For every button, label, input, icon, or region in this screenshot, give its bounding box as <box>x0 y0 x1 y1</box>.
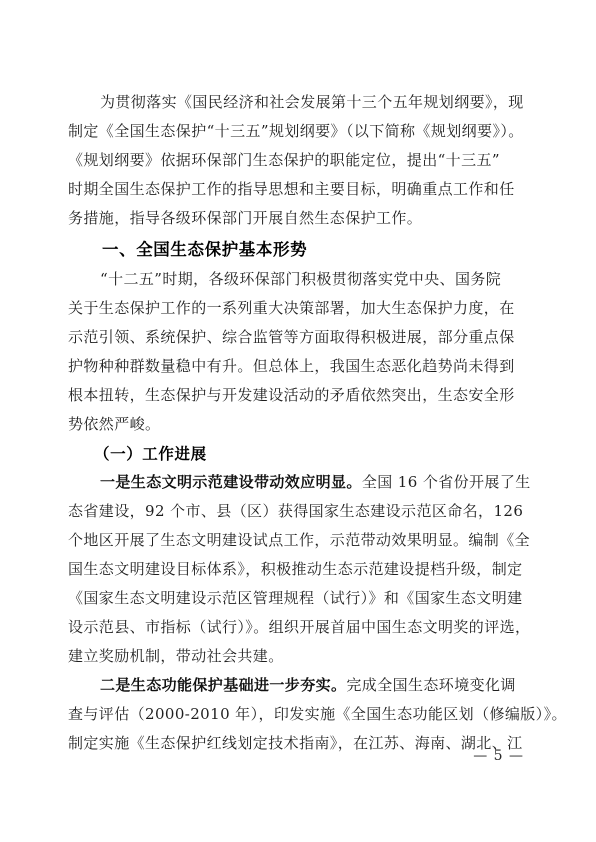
bold-lead-text: 一是生态文明示范建设带动效应明显。 <box>100 473 362 491</box>
lead-rest-text: 全国 16 个省份开展了生 <box>362 473 531 491</box>
text-line: 势依然严峻。 <box>68 410 526 439</box>
paragraph-intro: 为贯彻落实《国民经济和社会发展第十三个五年规划纲要》，现 制定《全国生态保护“十… <box>68 88 526 233</box>
document-body: 为贯彻落实《国民经济和社会发展第十三个五年规划纲要》，现 制定《全国生态保护“十… <box>68 88 526 758</box>
text-line: 态省建设，92 个市、县（区）获得国家生态建设示范区命名，126 <box>68 497 526 526</box>
text-line: 一是生态文明示范建设带动效应明显。全国 16 个省份开展了生 <box>68 468 526 497</box>
paragraph-point-2: 二是生态功能保护基础进一步夯实。完成全国生态环境变化调 查与评估（2000-20… <box>68 671 526 758</box>
text-line: 示范引领、系统保护、综合监管等方面取得积极进展，部分重点保 <box>68 323 526 352</box>
text-line: 时期全国生态保护工作的指导思想和主要目标，明确重点工作和任 <box>68 175 526 204</box>
page-number: — 5 — <box>473 746 524 766</box>
text-line: 制定实施《生态保护红线划定技术指南》，在江苏、海南、湖北、江 <box>68 729 526 758</box>
text-line: 查与评估（2000-2010 年），印发实施《全国生态功能区划（修编版）》。 <box>68 700 526 729</box>
text-line: 二是生态功能保护基础进一步夯实。完成全国生态环境变化调 <box>68 671 526 700</box>
paragraph-point-1: 一是生态文明示范建设带动效应明显。全国 16 个省份开展了生 态省建设，92 个… <box>68 468 526 671</box>
lead-rest-text: 完成全国生态环境变化调 <box>346 676 515 694</box>
text-line: “十二五”时期，各级环保部门积极贯彻落实党中央、国务院 <box>68 265 526 294</box>
paragraph-situation: “十二五”时期，各级环保部门积极贯彻落实党中央、国务院 关于生态保护工作的一系列… <box>68 265 526 439</box>
text-line: 国生态文明建设目标体系》，积极推动生态示范建设提档升级，制定 <box>68 555 526 584</box>
text-line: 建立奖励机制，带动社会共建。 <box>68 642 526 671</box>
text-line: 设示范县、市指标（试行）》。组织开展首届中国生态文明奖的评选， <box>68 613 526 642</box>
section-heading: 一、全国生态保护基本形势 <box>68 236 526 265</box>
bold-lead-text: 二是生态功能保护基础进一步夯实。 <box>100 676 346 694</box>
text-line: 《规划纲要》依据环保部门生态保护的职能定位，提出“十三五” <box>68 146 526 175</box>
text-line: 务措施，指导各级环保部门开展自然生态保护工作。 <box>68 204 526 233</box>
text-line: 制定《全国生态保护“十三五”规划纲要》（以下简称《规划纲要》）。 <box>68 117 526 146</box>
text-line: 《国家生态文明建设示范区管理规程（试行）》和《国家生态文明建 <box>68 584 526 613</box>
text-line: 根本扭转，生态保护与开发建设活动的矛盾依然突出，生态安全形 <box>68 381 526 410</box>
subsection-heading: （一）工作进展 <box>68 439 526 468</box>
text-line: 个地区开展了生态文明建设试点工作，示范带动效果明显。编制《全 <box>68 526 526 555</box>
text-line: 关于生态保护工作的一系列重大决策部署，加大生态保护力度，在 <box>68 294 526 323</box>
text-line: 为贯彻落实《国民经济和社会发展第十三个五年规划纲要》，现 <box>68 88 526 117</box>
document-page: 为贯彻落实《国民经济和社会发展第十三个五年规划纲要》，现 制定《全国生态保护“十… <box>0 0 596 842</box>
text-line: 护物种种群数量稳中有升。但总体上，我国生态恶化趋势尚未得到 <box>68 352 526 381</box>
